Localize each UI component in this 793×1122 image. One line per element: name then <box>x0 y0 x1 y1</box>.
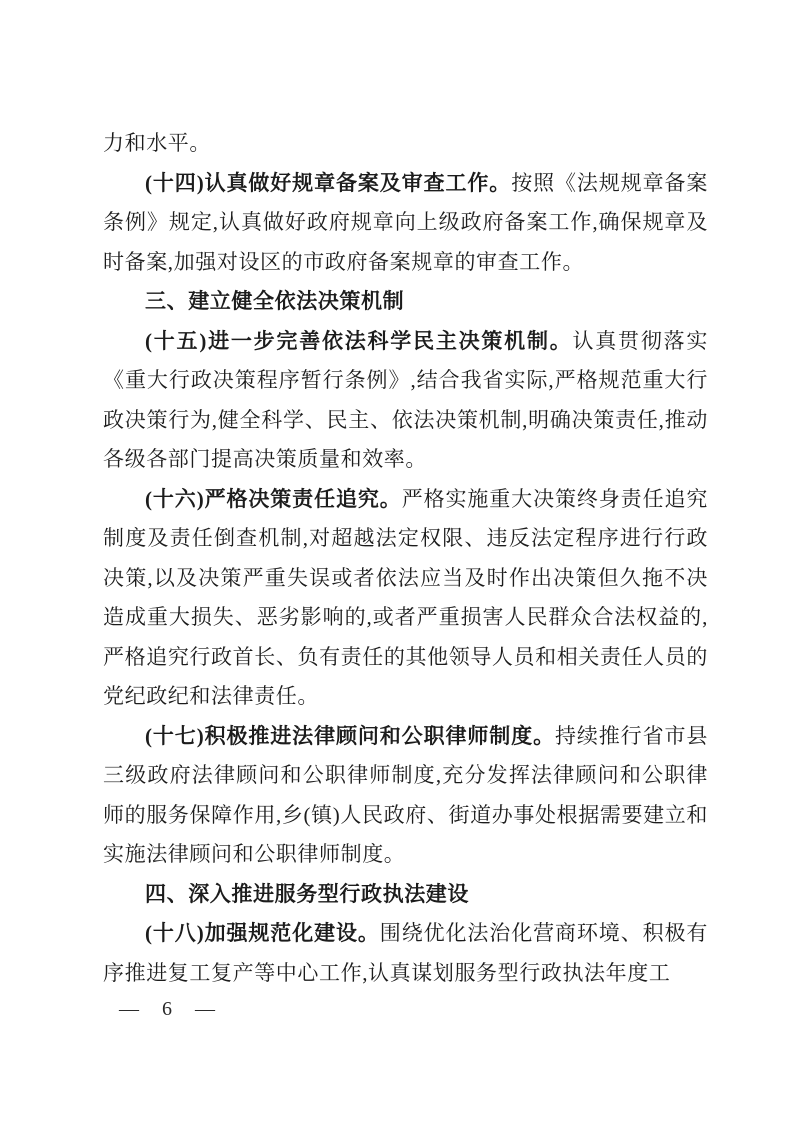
paragraph-lead: (十五)进一步完善依法科学民主决策机制。 <box>145 329 573 353</box>
paragraph-item-15: (十五)进一步完善依法科学民主决策机制。认真贯彻落实《重大行政决策程序暂行条例》… <box>103 322 708 480</box>
paragraph-continuation: 力和水平。 <box>103 124 708 164</box>
section-heading-3: 三、建立健全依法决策机制 <box>103 282 708 322</box>
paragraph-item-17: (十七)积极推进法律顾问和公职律师制度。持续推行省市县三级政府法律顾问和公职律师… <box>103 717 708 875</box>
paragraph-item-18: (十八)加强规范化建设。围绕优化法治化营商环境、积极有序推进复工复产等中心工作,… <box>103 914 708 993</box>
paragraph-item-16: (十六)严格决策责任追究。严格实施重大决策终身责任追究制度及责任倒查机制,对超越… <box>103 480 708 717</box>
paragraph-item-14: (十四)认真做好规章备案及审查工作。按照《法规规章备案条例》规定,认真做好政府规… <box>103 164 708 283</box>
paragraph-lead: (十四)认真做好规章备案及审查工作。 <box>145 171 511 195</box>
page-number: — 6 — <box>119 995 217 1023</box>
paragraph-lead: (十六)严格决策责任追究。 <box>145 487 402 511</box>
paragraph-lead: (十七)积极推进法律顾问和公职律师制度。 <box>145 724 555 748</box>
paragraph-text: 力和水平。 <box>103 131 211 155</box>
section-heading-4: 四、深入推进服务型行政执法建设 <box>103 875 708 915</box>
paragraph-lead: (十八)加强规范化建设。 <box>145 921 380 945</box>
document-text-area: 力和水平。 (十四)认真做好规章备案及审查工作。按照《法规规章备案条例》规定,认… <box>103 124 708 993</box>
document-page: 力和水平。 (十四)认真做好规章备案及审查工作。按照《法规规章备案条例》规定,认… <box>0 0 793 1122</box>
paragraph-text: 严格实施重大决策终身责任追究制度及责任倒查机制,对超越法定权限、违反法定程序进行… <box>103 487 708 709</box>
